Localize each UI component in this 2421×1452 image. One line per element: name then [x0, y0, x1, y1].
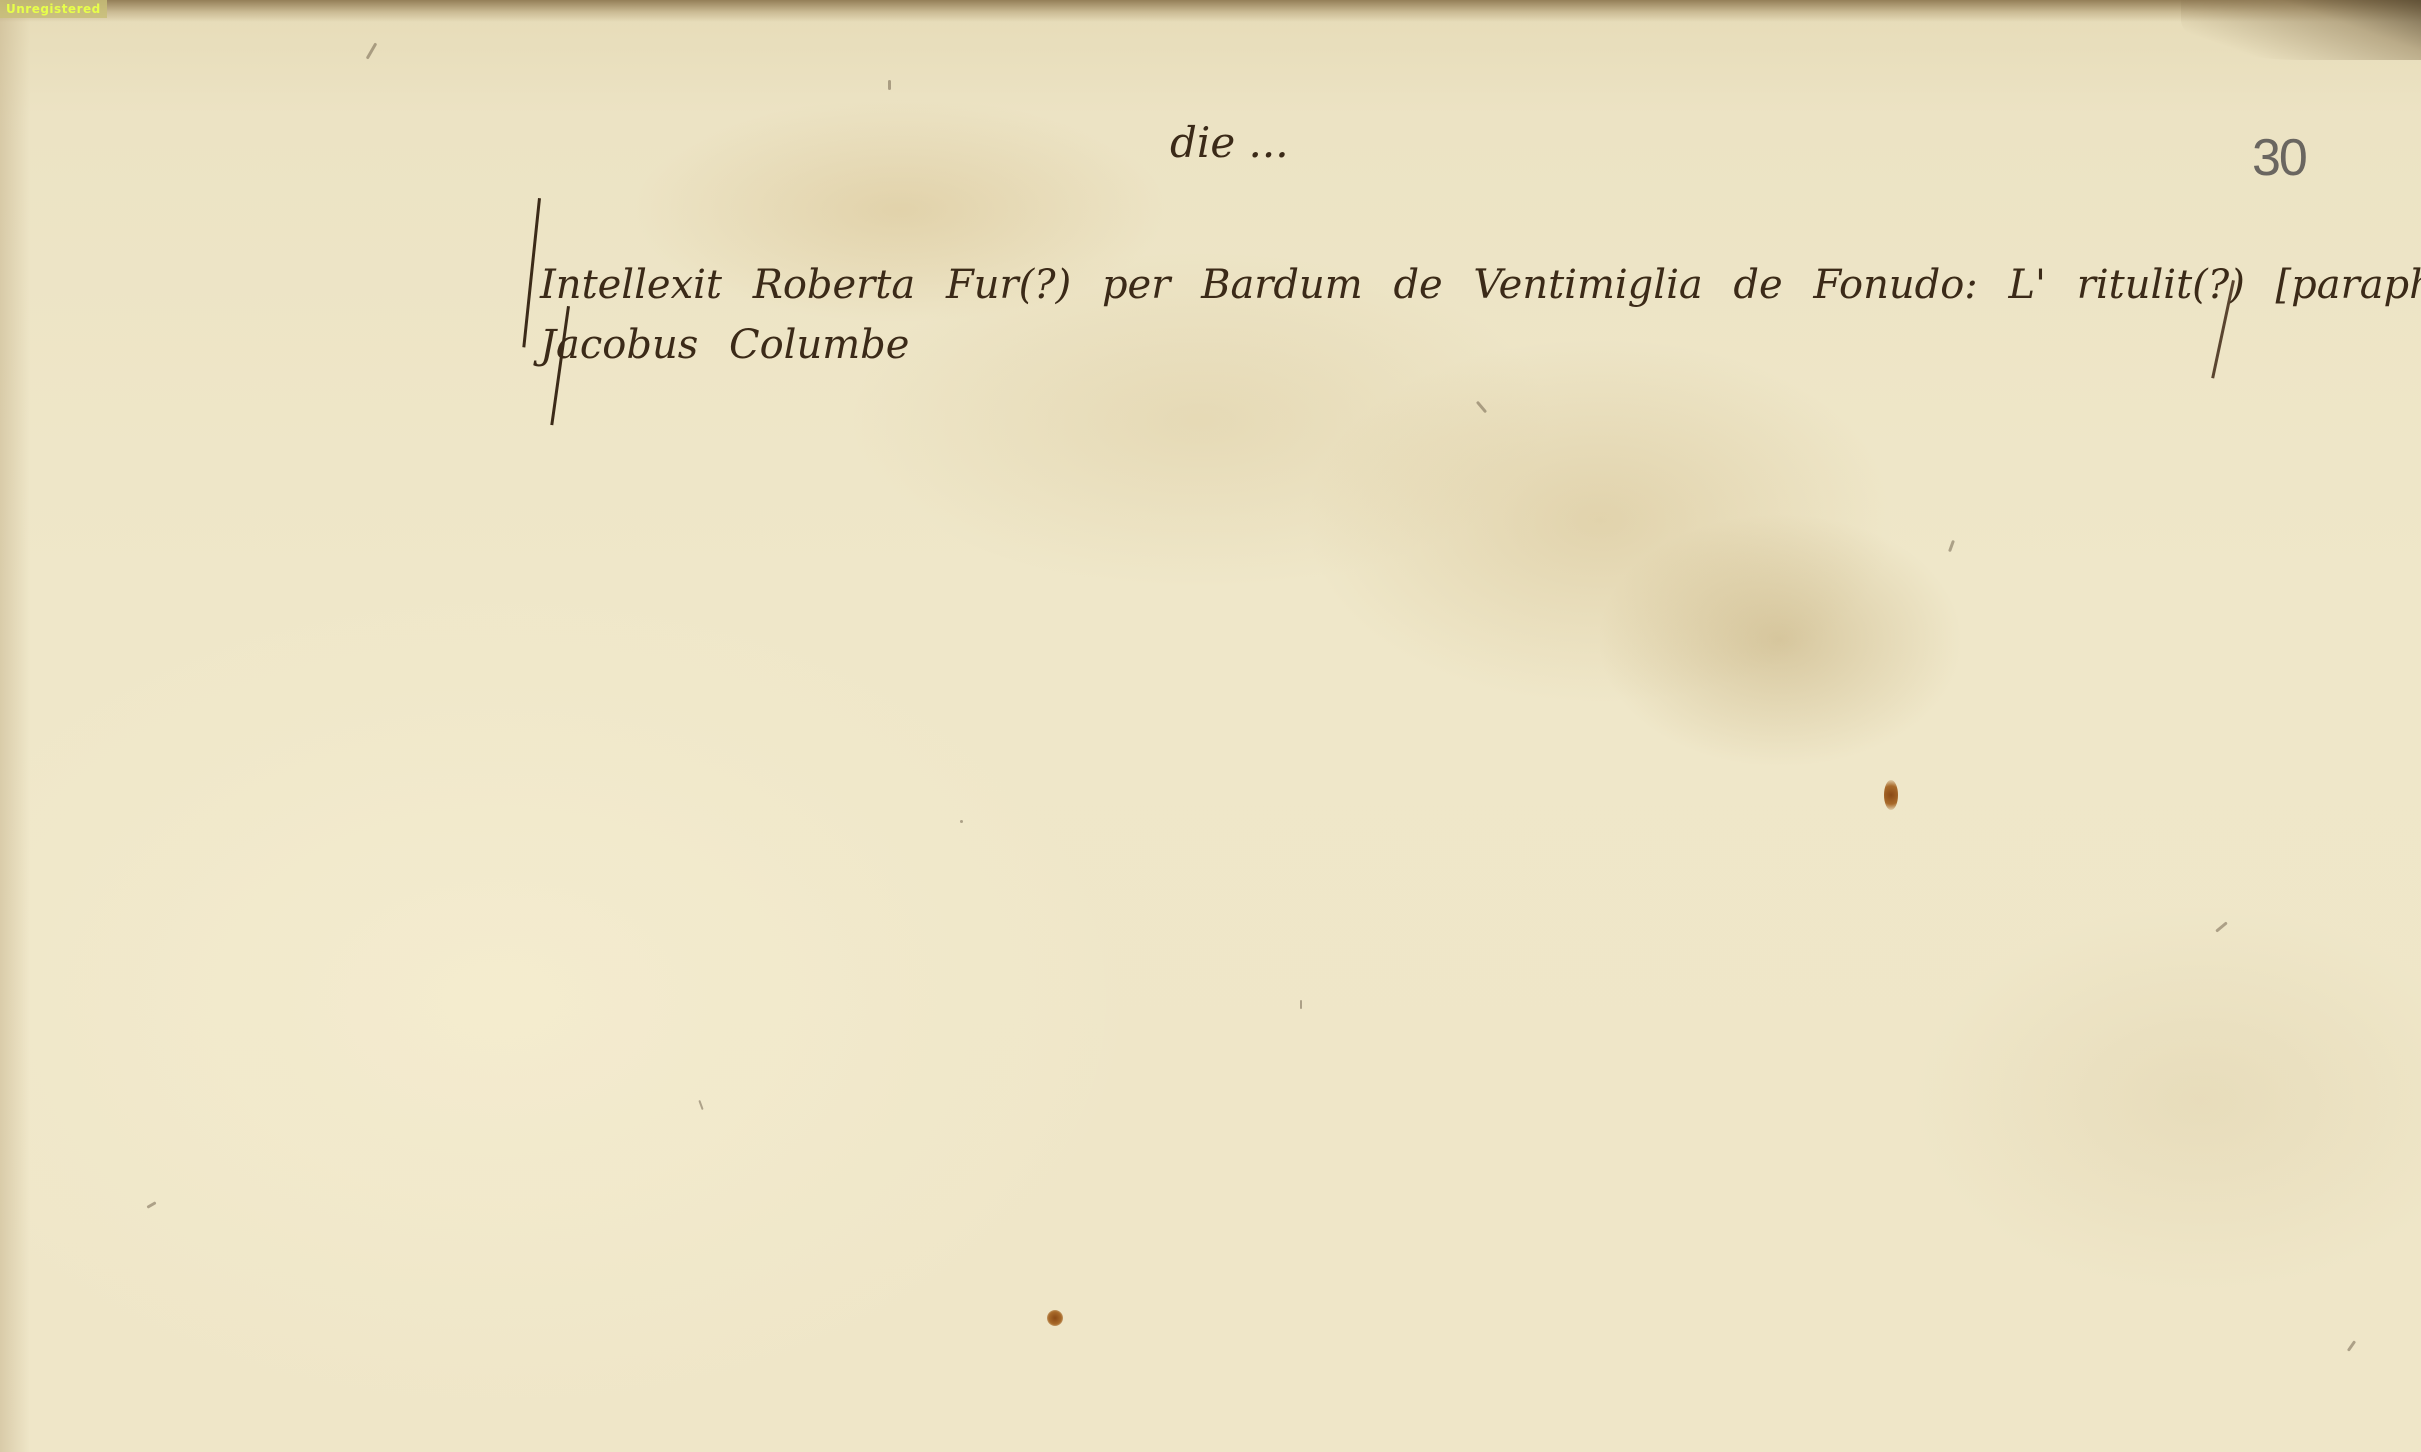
foxing-spot — [1047, 1310, 1063, 1326]
paper-fleck — [1300, 1000, 1302, 1009]
page-left-edge — [0, 0, 30, 1452]
paper-fleck — [698, 1100, 703, 1110]
manuscript-line-2: Jacobus Columbe — [540, 322, 909, 368]
page-top-edge — [0, 0, 2421, 22]
manuscript-line-1: Intellexit Roberta Fur(?) per Bardum de … — [540, 262, 2421, 308]
paper-fleck — [1948, 540, 1955, 552]
folio-number: 30 — [2252, 128, 2306, 188]
manuscript-page: Unregistered die ... 30 Intellexit Rober… — [0, 0, 2421, 1452]
paper-fleck — [2215, 921, 2228, 932]
paper-fleck — [366, 42, 378, 59]
paper-fleck — [960, 820, 963, 823]
paper-fleck — [146, 1201, 156, 1209]
paper-fleck — [2347, 1340, 2356, 1352]
page-corner-damage — [2181, 0, 2421, 60]
paper-fleck — [1476, 401, 1487, 414]
paper-fleck — [888, 80, 891, 90]
unregistered-watermark: Unregistered — [0, 0, 107, 18]
manuscript-heading: die ... — [1170, 118, 1289, 167]
ink-blot — [1884, 780, 1898, 810]
margin-stroke-1 — [522, 198, 541, 347]
